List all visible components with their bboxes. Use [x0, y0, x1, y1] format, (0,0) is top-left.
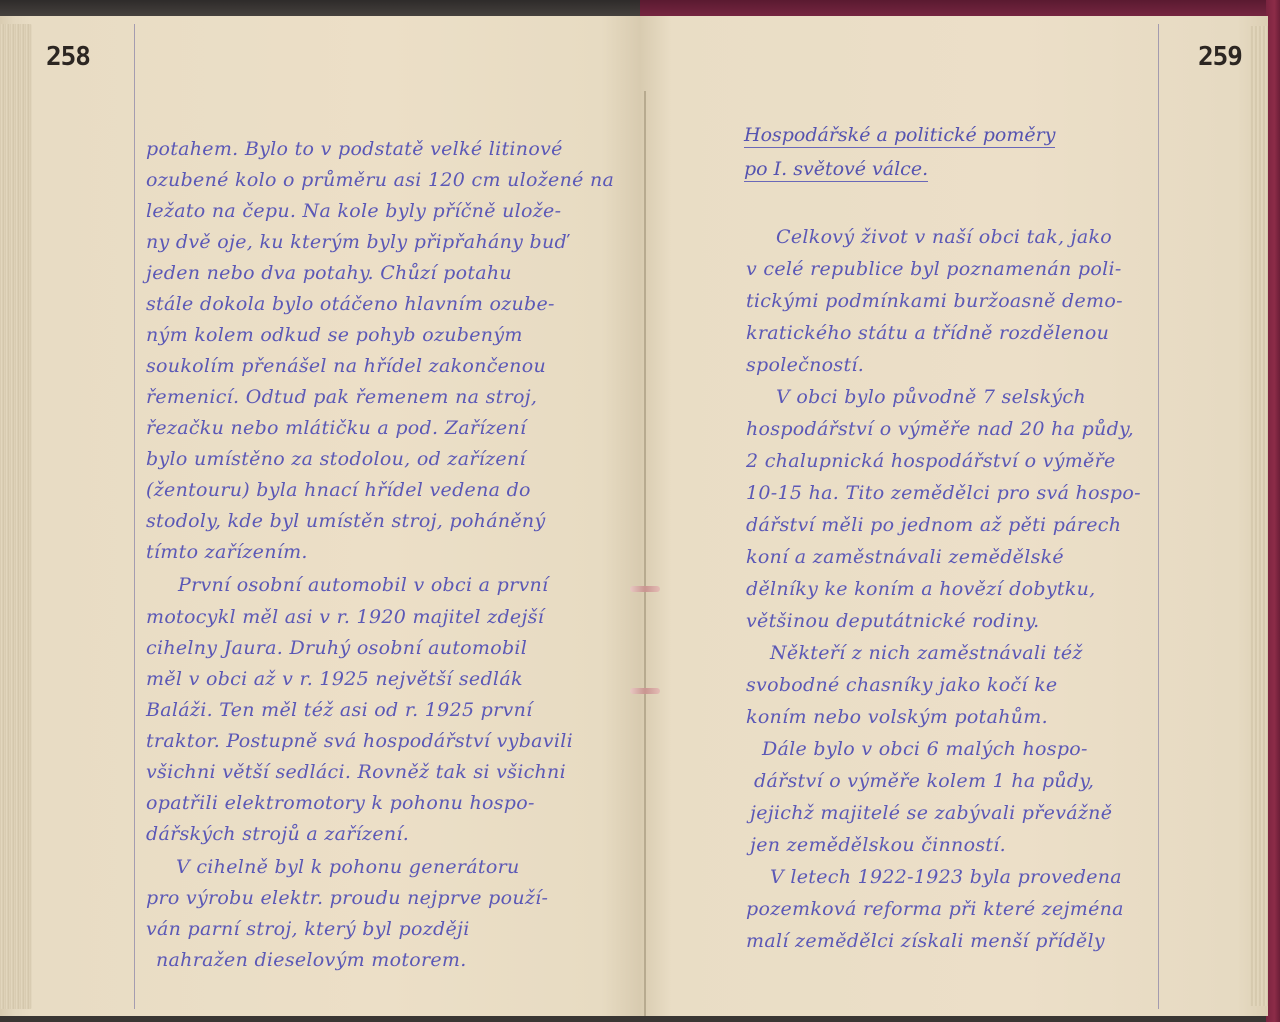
handwritten-line: nahražen dieselovým motorem.	[156, 949, 467, 971]
handwritten-line: Baláži. Ten měl též asi od r. 1925 první	[146, 699, 532, 721]
handwritten-line: ležato na čepu. Na kole byly příčně ulož…	[146, 200, 561, 222]
handwritten-line: řezačku nebo mlátičku a pod. Zařízení	[146, 417, 526, 439]
section-heading-line: Hospodářské a politické poměry	[744, 124, 1055, 148]
handwritten-line: společností.	[746, 354, 864, 376]
handwritten-line: motocykl měl asi v r. 1920 majitel zdejš…	[146, 606, 544, 628]
handwritten-line: tickými podmínkami buržoasně demo-	[746, 290, 1123, 312]
handwritten-line: dělníky ke koním a hovězí dobytku,	[746, 578, 1095, 600]
handwritten-line: jen zemědělskou činností.	[750, 834, 1006, 856]
left-page: 258 potahem. Bylo to v podstatě velké li…	[0, 16, 640, 1016]
handwritten-line: V obci bylo původně 7 selských	[776, 386, 1086, 408]
handwritten-line: opatřili elektromotory k pohonu hospo-	[146, 792, 535, 814]
binding-thread	[644, 91, 646, 1016]
handwritten-line: pro výrobu elektr. proudu nejprve použí-	[146, 887, 548, 909]
right-page-margin-line	[1158, 24, 1159, 1009]
handwritten-line: soukolím přenášel na hřídel zakončenou	[146, 355, 546, 377]
handwritten-line: většinou deputátnické rodiny.	[746, 610, 1040, 632]
handwritten-line: hospodářství o výměře nad 20 ha půdy,	[746, 418, 1134, 440]
handwritten-line: V cihelně byl k pohonu generátoru	[176, 856, 520, 878]
handwritten-line: dářských strojů a zařízení.	[146, 823, 409, 845]
book-cover-right-edge	[1266, 0, 1280, 1022]
handwritten-line: První osobní automobil v obci a první	[178, 574, 548, 596]
handwritten-line: cihelny Jaura. Druhý osobní automobil	[146, 637, 527, 659]
handwritten-line: kratického státu a třídně rozdělenou	[746, 322, 1109, 344]
handwritten-line: ozubené kolo o průměru asi 120 cm uložen…	[146, 169, 614, 191]
binding-stitch	[630, 586, 660, 592]
page-number-left: 258	[46, 42, 90, 72]
handwritten-line: pozemková reforma při které zejména	[746, 898, 1124, 920]
open-book: 258 potahem. Bylo to v podstatě velké li…	[0, 16, 1268, 1016]
handwritten-line: stodoly, kde byl umístěn stroj, poháněný	[146, 510, 546, 532]
handwritten-line: potahem. Bylo to v podstatě velké litino…	[146, 138, 563, 160]
handwritten-line: 2 chalupnická hospodářství o výměře	[746, 450, 1116, 472]
handwritten-line: stále dokola bylo otáčeno hlavním ozube-	[146, 293, 555, 315]
handwritten-line: dářství měli po jednom až pěti párech	[746, 514, 1121, 536]
handwritten-line: 10-15 ha. Tito zemědělci pro svá hospo-	[746, 482, 1141, 504]
handwritten-line: Dále bylo v obci 6 malých hospo-	[762, 738, 1088, 760]
handwritten-line: (žentouru) byla hnací hřídel vedena do	[146, 479, 531, 501]
section-heading-line: po I. světové válce.	[744, 158, 928, 182]
handwritten-line: řemenicí. Odtud pak řemenem na stroj,	[146, 386, 537, 408]
handwritten-line: v celé republice byl poznamenán poli-	[746, 258, 1122, 280]
handwritten-line: jeden nebo dva potahy. Chůzí potahu	[146, 262, 512, 284]
handwritten-line: tímto zařízením.	[146, 541, 308, 563]
handwritten-line: jejichž majitelé se zabývali převážně	[750, 802, 1112, 824]
handwritten-line: ným kolem odkud se pohyb ozubeným	[146, 324, 523, 346]
handwritten-line: ván parní stroj, který byl později	[146, 918, 470, 940]
handwritten-line: koním nebo volským potahům.	[746, 706, 1048, 728]
right-page: 259 Hospodářské a politické poměry po I.…	[640, 16, 1268, 1016]
handwritten-line: ny dvě oje, ku kterým byly připřahány bu…	[146, 231, 567, 253]
right-page-stack-edges	[1250, 26, 1268, 1006]
handwritten-line: traktor. Postupně svá hospodářství vybav…	[146, 730, 573, 752]
left-page-margin-line	[134, 24, 135, 1009]
handwritten-line: Celkový život v naší obci tak, jako	[776, 226, 1112, 248]
handwritten-line: svobodné chasníky jako kočí ke	[746, 674, 1057, 696]
page-number-right: 259	[1198, 42, 1242, 72]
handwritten-line: měl v obci až v r. 1925 největší sedlák	[146, 668, 523, 690]
binding-stitch	[630, 688, 660, 694]
handwritten-line: Někteří z nich zaměstnávali též	[770, 642, 1083, 664]
handwritten-line: všichni větší sedláci. Rovněž tak si vši…	[146, 761, 566, 783]
handwritten-line: V letech 1922-1923 byla provedena	[770, 866, 1122, 888]
left-page-stack-edges	[0, 24, 32, 1009]
handwritten-line: dářství o výměře kolem 1 ha půdy,	[754, 770, 1094, 792]
handwritten-line: bylo umístěno za stodolou, od zařízení	[146, 448, 526, 470]
handwritten-line: koní a zaměstnávali zemědělské	[746, 546, 1064, 568]
handwritten-line: malí zemědělci získali menší příděly	[746, 930, 1105, 952]
